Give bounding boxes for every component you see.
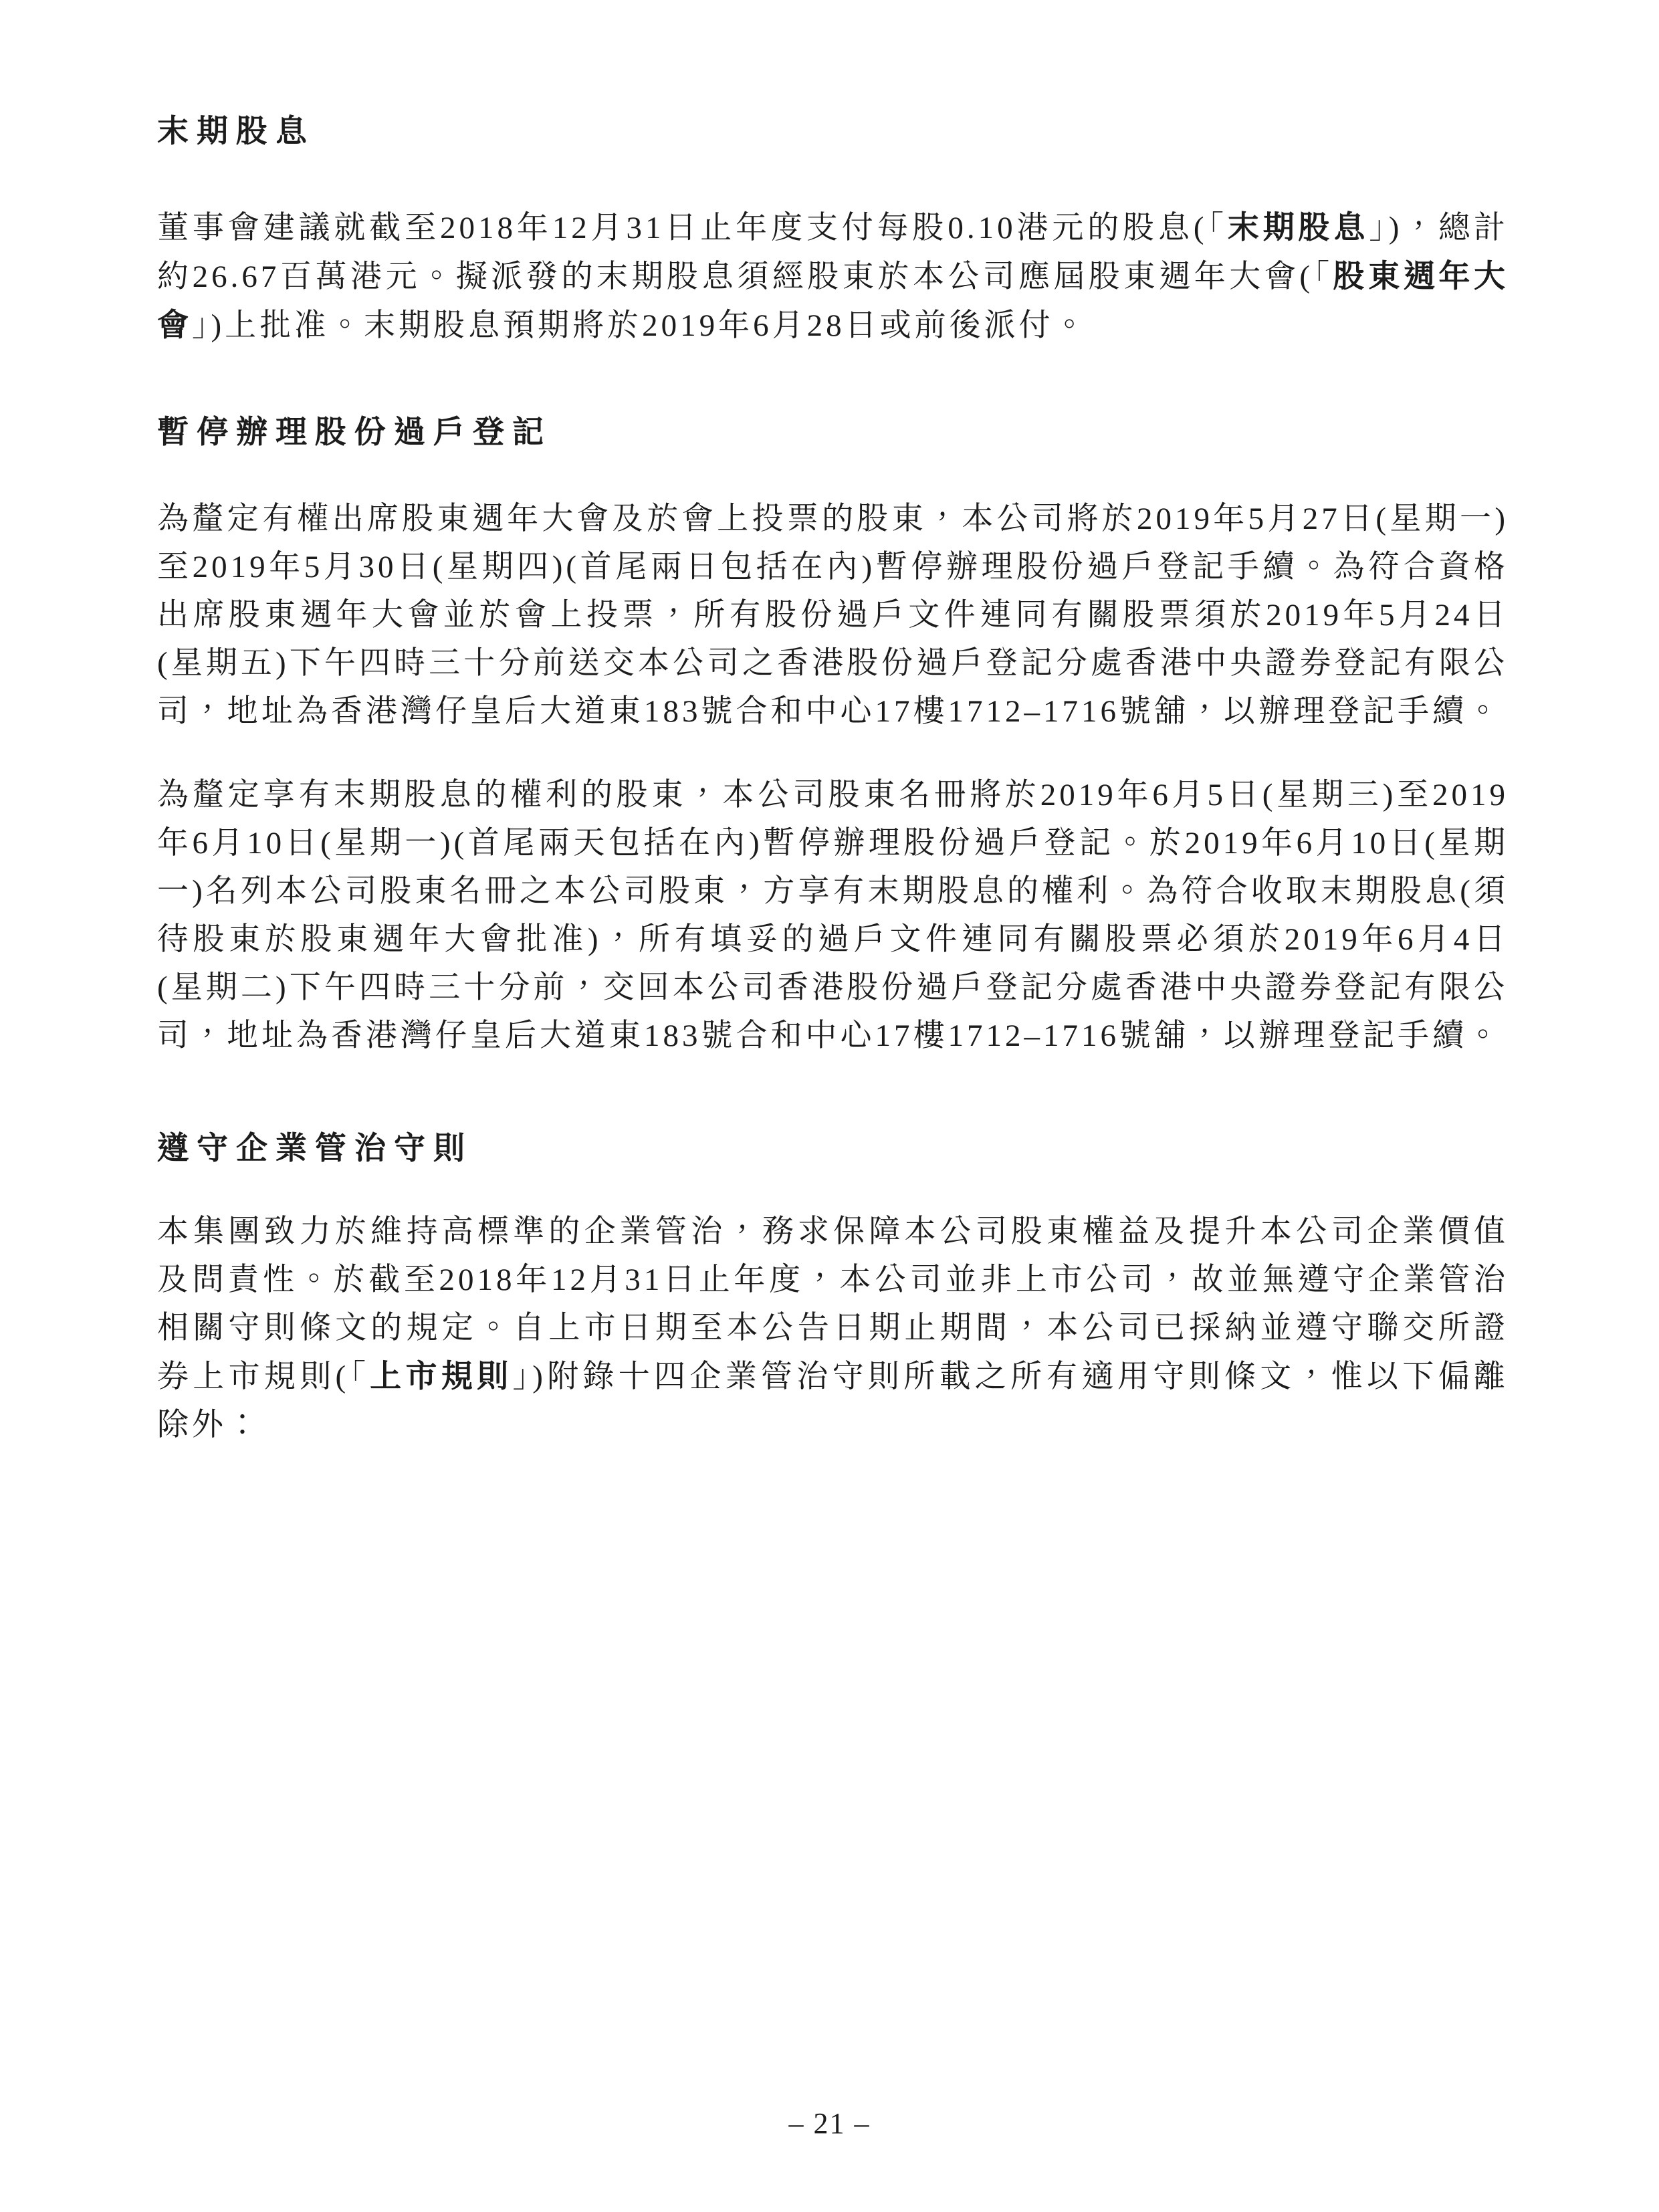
page-content: 末期股息 董事會建議就截至2018年12月31日止年度支付每股0.10港元的股息…: [157, 111, 1509, 1449]
section-corporate-governance: 遵守企業管治守則 本集團致力於維持高標準的企業管治，務求保障本公司股東權益及提升…: [157, 1128, 1509, 1449]
heading-closure-of-register: 暫停辦理股份過戶登記: [157, 412, 1509, 452]
paragraph-closure-dividend: 為釐定享有末期股息的權利的股東，本公司股東名冊將於2019年6月5日(星期三)至…: [157, 771, 1509, 1060]
paragraph-final-dividend: 董事會建議就截至2018年12月31日止年度支付每股0.10港元的股息(「末期股…: [157, 203, 1509, 350]
defined-term: 上市規則: [370, 1358, 512, 1394]
defined-term: 末期股息: [1228, 209, 1369, 245]
paragraph-closure-agm: 為釐定有權出席股東週年大會及於會上投票的股東，本公司將於2019年5月27日(星…: [157, 495, 1509, 736]
text-run: 」)上批准。末期股息預期將於2019年6月28日或前後派付。: [192, 308, 1089, 343]
section-closure-of-register: 暫停辦理股份過戶登記 為釐定有權出席股東週年大會及於會上投票的股東，本公司將於2…: [157, 412, 1509, 1060]
heading-final-dividend: 末期股息: [157, 111, 1509, 151]
page-number: – 21 –: [0, 2106, 1659, 2140]
text-run: 為釐定有權出席股東週年大會及於會上投票的股東，本公司將於2019年5月27日(星…: [157, 502, 1509, 729]
text-run: 為釐定享有末期股息的權利的股東，本公司股東名冊將於2019年6月5日(星期三)至…: [157, 778, 1509, 1053]
section-final-dividend: 末期股息 董事會建議就截至2018年12月31日止年度支付每股0.10港元的股息…: [157, 111, 1509, 350]
paragraph-corporate-governance: 本集團致力於維持高標準的企業管治，務求保障本公司股東權益及提升本公司企業價值及問…: [157, 1208, 1509, 1449]
heading-corporate-governance: 遵守企業管治守則: [157, 1128, 1509, 1168]
document-page: 末期股息 董事會建議就截至2018年12月31日止年度支付每股0.10港元的股息…: [0, 0, 1659, 2212]
text-run: 董事會建議就截至2018年12月31日止年度支付每股0.10港元的股息(「: [157, 211, 1228, 245]
